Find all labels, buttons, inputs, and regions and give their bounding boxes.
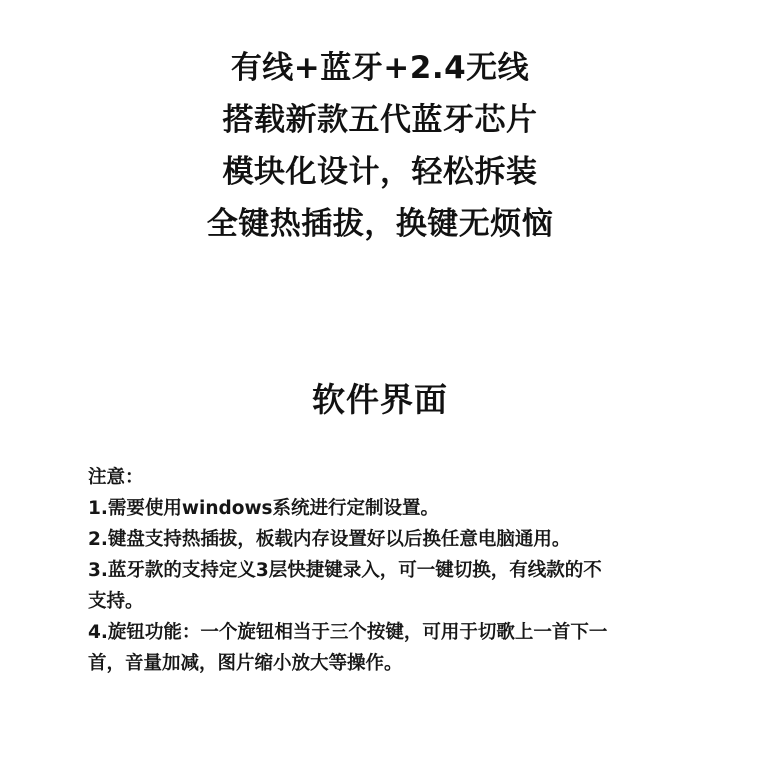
feature-line-bluetooth-chip: 搭载新款五代蓝牙芯片 bbox=[0, 94, 760, 146]
note-item-3-continued: 支持。 bbox=[88, 586, 688, 617]
section-title-software: 软件界面 bbox=[0, 372, 760, 428]
notes-block: 注意： 1.需要使用windows系统进行定制设置。 2.键盘支持热插拔，板载内… bbox=[88, 462, 688, 679]
note-item-4: 4.旋钮功能：一个旋钮相当于三个按键，可用于切歌上一首下一 bbox=[88, 617, 688, 648]
feature-headline-block: 有线+蓝牙+2.4无线 搭载新款五代蓝牙芯片 模块化设计，轻松拆装 全键热插拔，… bbox=[0, 42, 760, 250]
note-item-4-continued: 首，音量加减，图片缩小放大等操作。 bbox=[88, 648, 688, 679]
note-item-2: 2.键盘支持热插拔，板载内存设置好以后换任意电脑通用。 bbox=[88, 524, 688, 555]
note-item-3: 3.蓝牙款的支持定义3层快捷键录入，可一键切换，有线款的不 bbox=[88, 555, 688, 586]
feature-line-connectivity: 有线+蓝牙+2.4无线 bbox=[0, 42, 760, 94]
notes-heading: 注意： bbox=[88, 462, 688, 493]
feature-line-modular-design: 模块化设计，轻松拆装 bbox=[0, 146, 760, 198]
note-item-1: 1.需要使用windows系统进行定制设置。 bbox=[88, 493, 688, 524]
feature-line-hot-swap: 全键热插拔，换键无烦恼 bbox=[0, 198, 760, 250]
